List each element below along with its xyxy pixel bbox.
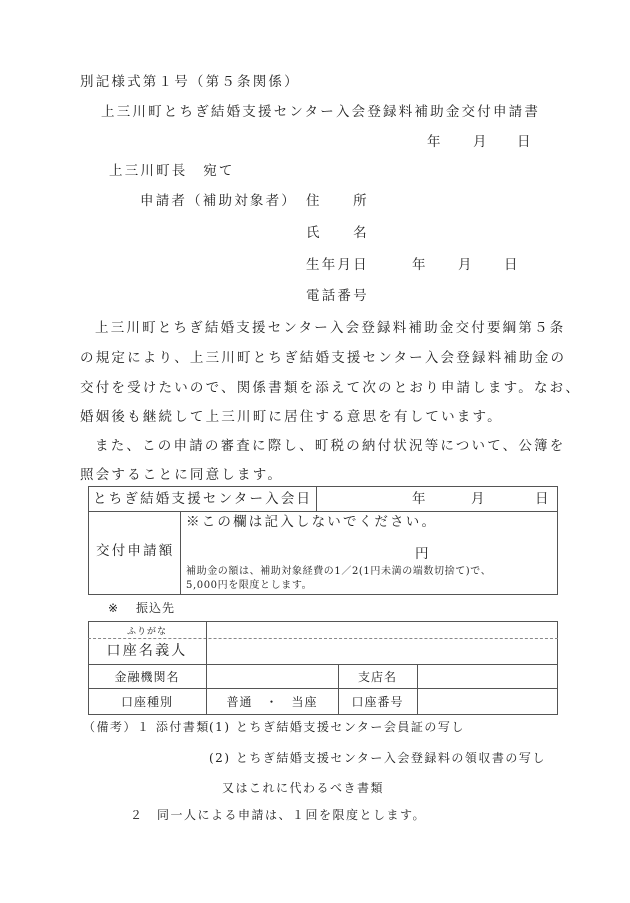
amount-label: 交付申請額 [96, 543, 175, 559]
amount-note: 補助金の額は、補助対象経費の1／2(1円未満の端数切捨て)で、 [186, 566, 491, 578]
paragraph-line: 交付を受けたいので、関係書類を添えて次のとおり申請します。なお、 [80, 380, 581, 396]
date-day: 日 [517, 134, 533, 150]
account-holder-label: 口座名義人 [88, 643, 206, 659]
join-date-month[interactable]: 月 [471, 491, 487, 507]
branch-name-input[interactable] [419, 665, 556, 687]
reference-mark: ※ [108, 600, 120, 616]
form-number: 別記様式第１号（第５条関係） [80, 74, 300, 90]
branch-name-label: 支店名 [338, 669, 417, 685]
paragraph-line: 上三川町とちぎ結婚支援センター入会登録料補助金交付要綱第５条 [95, 320, 565, 336]
join-date-year[interactable]: 年 [412, 491, 428, 507]
remarks-prefix: （備考）１ 添付書類 [83, 719, 210, 735]
paragraph-line: また、この申請の審査に際し、町税の納付状況等について、公簿を [95, 438, 565, 454]
furigana-input[interactable] [208, 622, 556, 637]
date-year: 年 [427, 134, 443, 150]
remarks-note-2: ２ 同一人による申請は、１回を限度とします。 [130, 807, 426, 823]
account-holder-input[interactable] [208, 640, 556, 663]
birthdate-day: 日 [504, 257, 520, 273]
paragraph-line: の規定により、上三川町とちぎ結婚支援センター入会登録料補助金の [80, 350, 566, 366]
transfer-heading: 振込先 [136, 600, 175, 616]
address-field-label[interactable]: 住 所 [306, 193, 369, 209]
amount-note: 5,000円を限度とします。 [186, 580, 312, 592]
remarks-item-1: (1) とちぎ結婚支援センター会員証の写し [209, 719, 465, 735]
paragraph-line: 照会することに同意します。 [80, 467, 283, 483]
bank-name-input[interactable] [208, 665, 337, 687]
account-type-options[interactable]: 普通 ・ 当座 [206, 694, 338, 710]
furigana-label: ふりがな [88, 624, 206, 640]
account-number-input[interactable] [419, 689, 556, 713]
remarks-item-2: (2) とちぎ結婚支援センター入会登録料の領収書の写し [209, 750, 546, 766]
birthdate-year: 年 [412, 257, 428, 273]
page-title: 上三川町とちぎ結婚支援センター入会登録料補助金交付申請書 [101, 104, 540, 120]
join-date-day[interactable]: 日 [535, 491, 551, 507]
addressee: 上三川町長 宛て [109, 163, 235, 179]
paragraph-line: 婚姻後も継続して上三川町に居住する意思を有しています。 [80, 409, 503, 425]
phone-field-label[interactable]: 電話番号 [306, 288, 369, 304]
name-field-label[interactable]: 氏 名 [306, 225, 369, 241]
account-number-label: 口座番号 [338, 694, 417, 710]
bank-name-label: 金融機関名 [88, 669, 206, 685]
applicant-label: 申請者（補助対象者） [140, 193, 297, 209]
account-type-label: 口座種別 [88, 694, 206, 710]
office-use-notice: ※この欄は記入しないでください。 [186, 514, 437, 530]
date-month: 月 [473, 134, 489, 150]
birthdate-field-label[interactable]: 生年月日 [306, 257, 369, 273]
amount-yen[interactable]: 円 [415, 546, 431, 562]
remarks-item-2-cont: 又はこれに代わるべき書類 [222, 780, 384, 796]
birthdate-month: 月 [458, 257, 474, 273]
join-date-label: とちぎ結婚支援センター入会日 [93, 491, 312, 507]
